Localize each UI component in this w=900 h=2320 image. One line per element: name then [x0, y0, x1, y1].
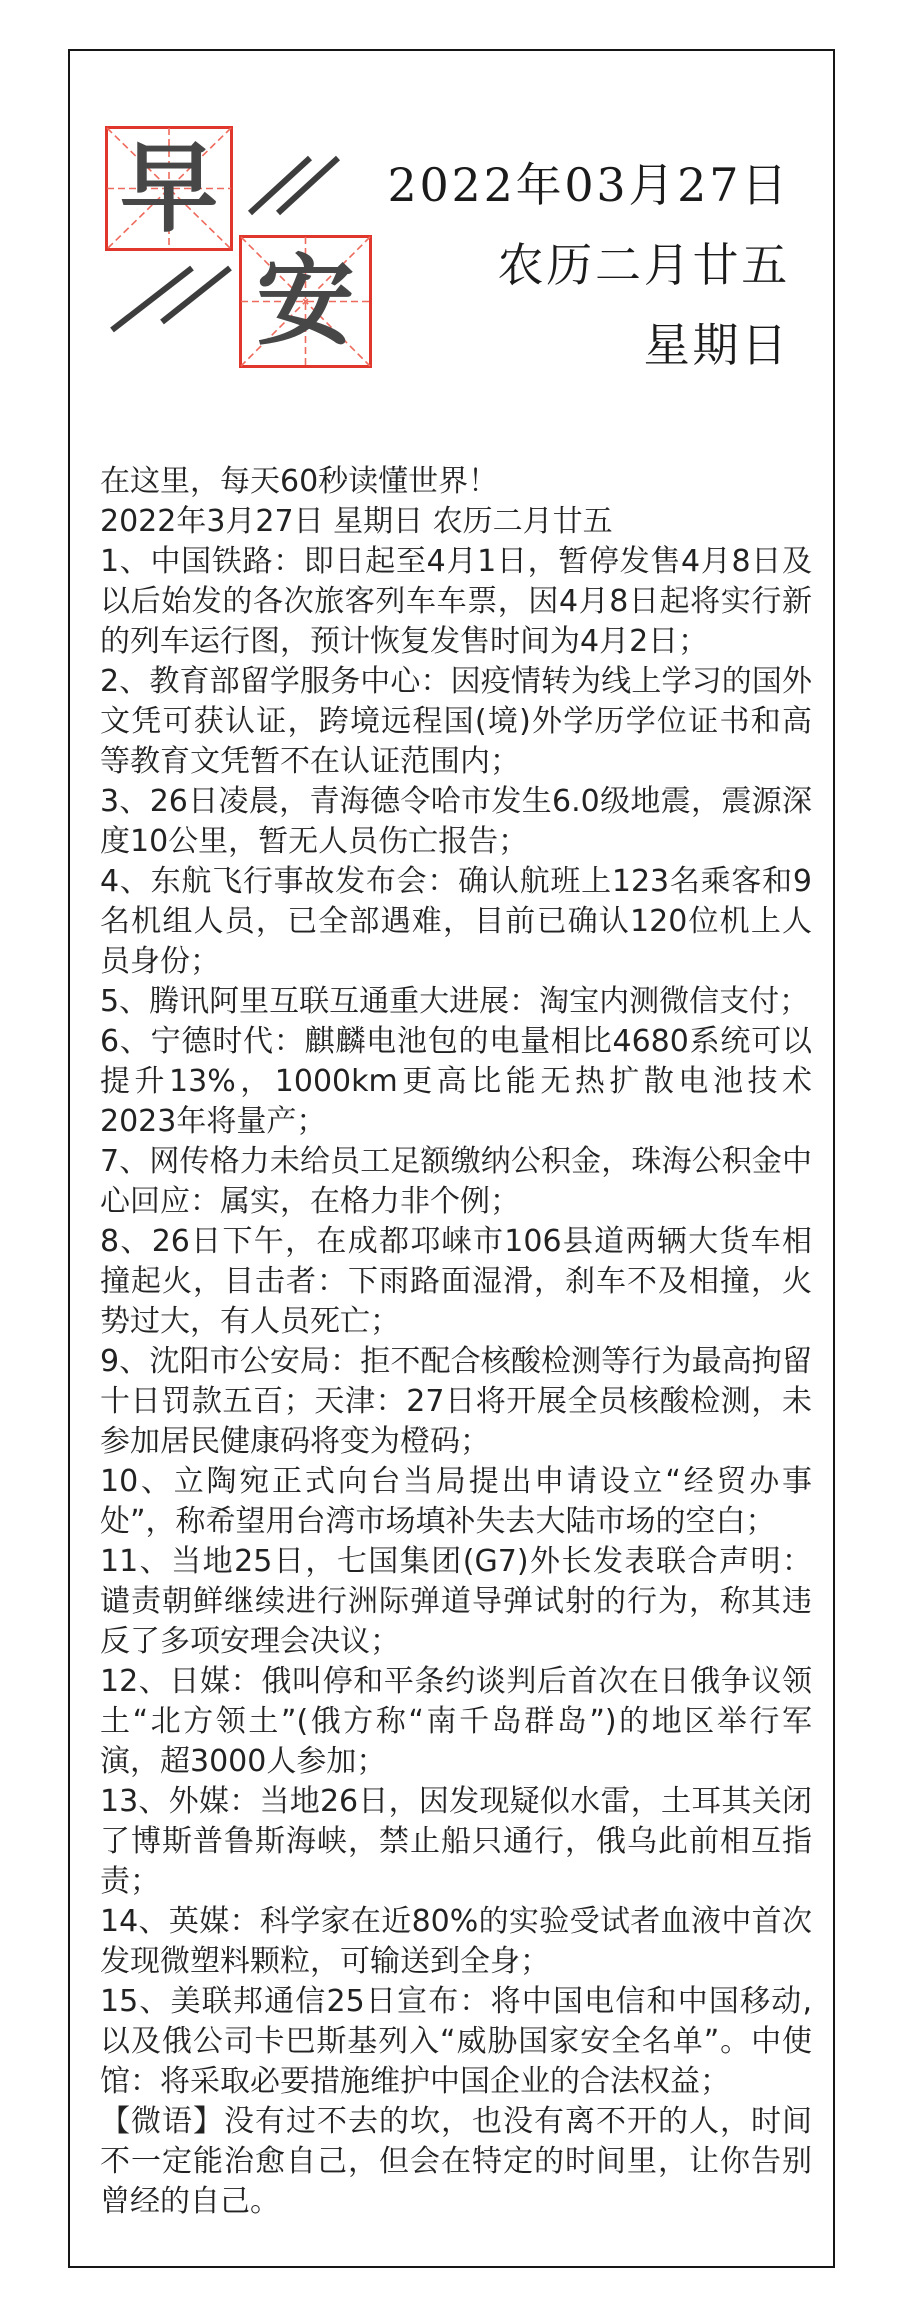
news-item-9: 9、沈阳市公安局：拒不配合核酸检测等行为最高拘留十日罚款五百；天津：27日将开展…: [100, 1342, 812, 1462]
weiyu-quote: 【微语】没有过不去的坎，也没有离不开的人，时间不一定能治愈自己，但会在特定的时间…: [100, 2102, 812, 2222]
news-item-15: 15、美联邦通信25日宣布：将中国电信和中国移动,以及俄公司卡巴斯基列入“威胁国…: [100, 1982, 812, 2102]
date-summary-line: 2022年3月27日 星期日 农历二月廿五: [100, 502, 812, 542]
zao-character-box: 早: [105, 126, 233, 251]
an-character-box: 安: [239, 235, 372, 368]
news-item-6: 6、宁德时代：麒麟电池包的电量相比4680系统可以提升13%，1000km更高比…: [100, 1022, 812, 1142]
news-item-3: 3、26日凌晨，青海德令哈市发生6.0级地震，震源深度10公里，暂无人员伤亡报告…: [100, 782, 812, 862]
lunar-date-line: 农历二月廿五: [388, 225, 791, 305]
news-body: 在这里，每天60秒读懂世界！ 2022年3月27日 星期日 农历二月廿五 1、中…: [100, 462, 812, 2222]
zao-character: 早: [105, 126, 233, 251]
news-item-1: 1、中国铁路：即日起至4月1日，暂停发售4月8日及以后始发的各次旅客列车车票，因…: [100, 542, 812, 662]
date-line: 2022年03月27日: [388, 145, 791, 225]
news-item-5: 5、腾讯阿里互联互通重大进展：淘宝内测微信支付；: [100, 982, 812, 1022]
news-item-12: 12、日媒：俄叫停和平条约谈判后首次在日俄争议领土“北方领土”(俄方称“南千岛群…: [100, 1662, 812, 1782]
news-item-8: 8、26日下午，在成都邛崃市106县道两辆大货车相撞起火，目击者：下雨路面湿滑，…: [100, 1222, 812, 1342]
news-item-10: 10、立陶宛正式向台当局提出申请设立“经贸办事处”，称希望用台湾市场填补失去大陆…: [100, 1462, 812, 1542]
news-item-14: 14、英媒：科学家在近80%的实验受试者血液中首次发现微塑料颗粒，可输送到全身；: [100, 1902, 812, 1982]
weekday-line: 星期日: [388, 305, 791, 385]
news-item-11: 11、当地25日，七国集团(G7)外长发表联合声明：谴责朝鲜继续进行洲际弹道导弹…: [100, 1542, 812, 1662]
news-item-7: 7、网传格力未给员工足额缴纳公积金，珠海公积金中心回应：属实，在格力非个例；: [100, 1142, 812, 1222]
news-item-13: 13、外媒：当地26日，因发现疑似水雷，土耳其关闭了博斯普鲁斯海峡，禁止船只通行…: [100, 1782, 812, 1902]
news-item-2: 2、教育部留学服务中心：因疫情转为线上学习的国外文凭可获认证，跨境远程国(境)外…: [100, 662, 812, 782]
an-character: 安: [239, 235, 372, 368]
news-item-4: 4、东航飞行事故发布会：确认航班上123名乘客和9名机组人员，已全部遇难，目前已…: [100, 862, 812, 982]
date-block: 2022年03月27日 农历二月廿五 星期日: [388, 145, 791, 385]
intro-line: 在这里，每天60秒读懂世界！: [100, 462, 812, 502]
